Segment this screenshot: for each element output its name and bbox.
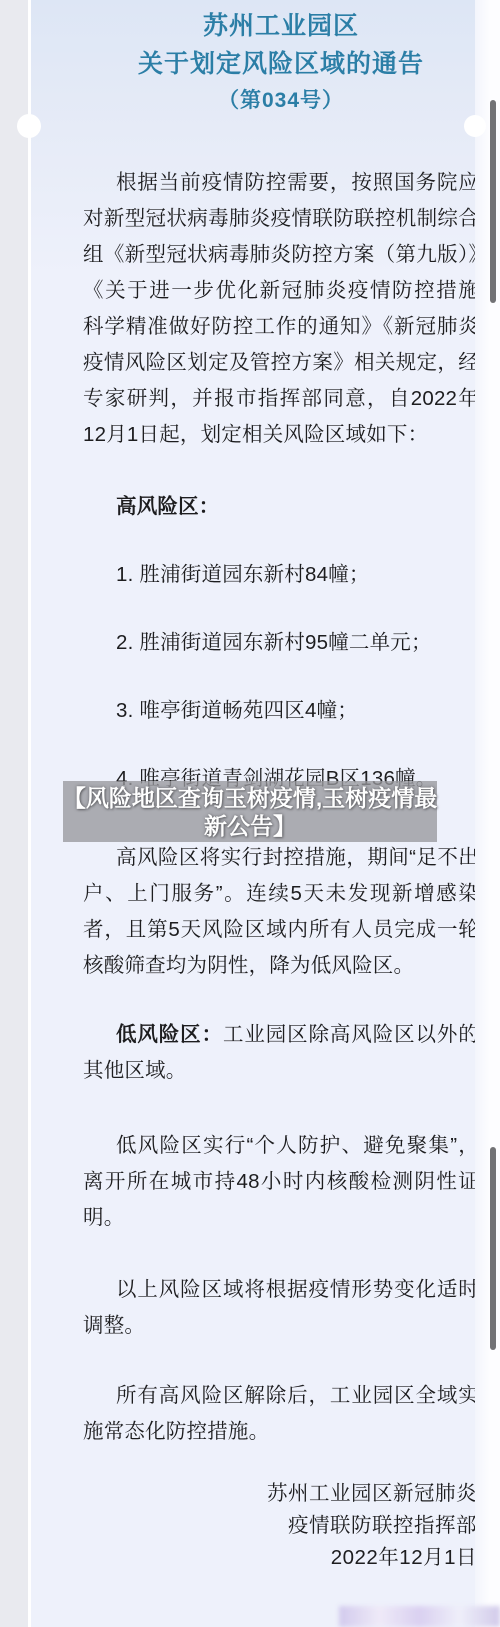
low-risk-definition-paragraph: 低风险区：工业园区除高风险区以外的其他区域。 <box>83 1017 479 1089</box>
signature-date: 2022年12月1日 <box>83 1542 477 1574</box>
adjustment-paragraph: 以上风险区域将根据疫情形势变化适时调整。 <box>83 1272 479 1344</box>
intro-paragraph: 根据当前疫情防控需要，按照国务院应对新型冠状病毒肺炎疫情联防联控机制综合组《新型… <box>83 165 479 453</box>
scrollbar-thumb-bottom[interactable] <box>490 1147 496 1350</box>
high-risk-heading: 高风险区： <box>83 489 479 525</box>
right-margin-strip <box>475 0 500 1627</box>
low-risk-measures-paragraph: 低风险区实行“个人防护、避免聚集”，离开所在城市持48小时内核酸检测阴性证明。 <box>83 1128 479 1236</box>
low-risk-label: 低风险区： <box>116 1023 223 1046</box>
high-risk-measures-paragraph: 高风险区将实行封控措施，期间“足不出户、上门服务”。连续5天未发现新增感染者，且… <box>83 840 479 984</box>
notice-title-line-1: 苏州工业园区 <box>83 0 479 45</box>
left-margin-strip <box>0 0 28 1627</box>
high-risk-item-1: 1. 胜浦街道园东新村84幢； <box>83 557 479 593</box>
scrollbar-thumb-top[interactable] <box>490 100 496 303</box>
seo-overlay-banner: 【风险地区查询玉树疫情,玉树疫情最 新公告】 <box>63 781 437 842</box>
signature-org-line-2: 疫情联防联控指挥部 <box>83 1510 477 1542</box>
notice-screenshot: 苏州工业园区 关于划定风险区域的通告 （第034号） 根据当前疫情防控需要，按照… <box>0 0 500 1627</box>
ticket-notch-right <box>464 115 486 137</box>
notice-doc-number: （第034号） <box>83 83 479 119</box>
signature-block: 苏州工业园区新冠肺炎 疫情联防联控指挥部 2022年12月1日 <box>83 1478 479 1574</box>
notice-title-line-2: 关于划定风险区域的通告 <box>83 45 479 83</box>
signature-org-line-1: 苏州工业园区新冠肺炎 <box>83 1478 477 1510</box>
high-risk-item-3: 3. 唯亭街道畅苑四区4幢； <box>83 693 479 729</box>
blurred-watermark <box>339 1606 500 1627</box>
release-paragraph: 所有高风险区解除后，工业园区全域实施常态化防控措施。 <box>83 1378 479 1450</box>
seo-overlay-text-line-2: 新公告】 <box>204 812 296 840</box>
seo-overlay-text-line-1: 【风险地区查询玉树疫情,玉树疫情最 <box>63 784 437 812</box>
ticket-notch-left <box>17 114 41 138</box>
high-risk-item-2: 2. 胜浦街道园东新村95幢二单元； <box>83 625 479 661</box>
